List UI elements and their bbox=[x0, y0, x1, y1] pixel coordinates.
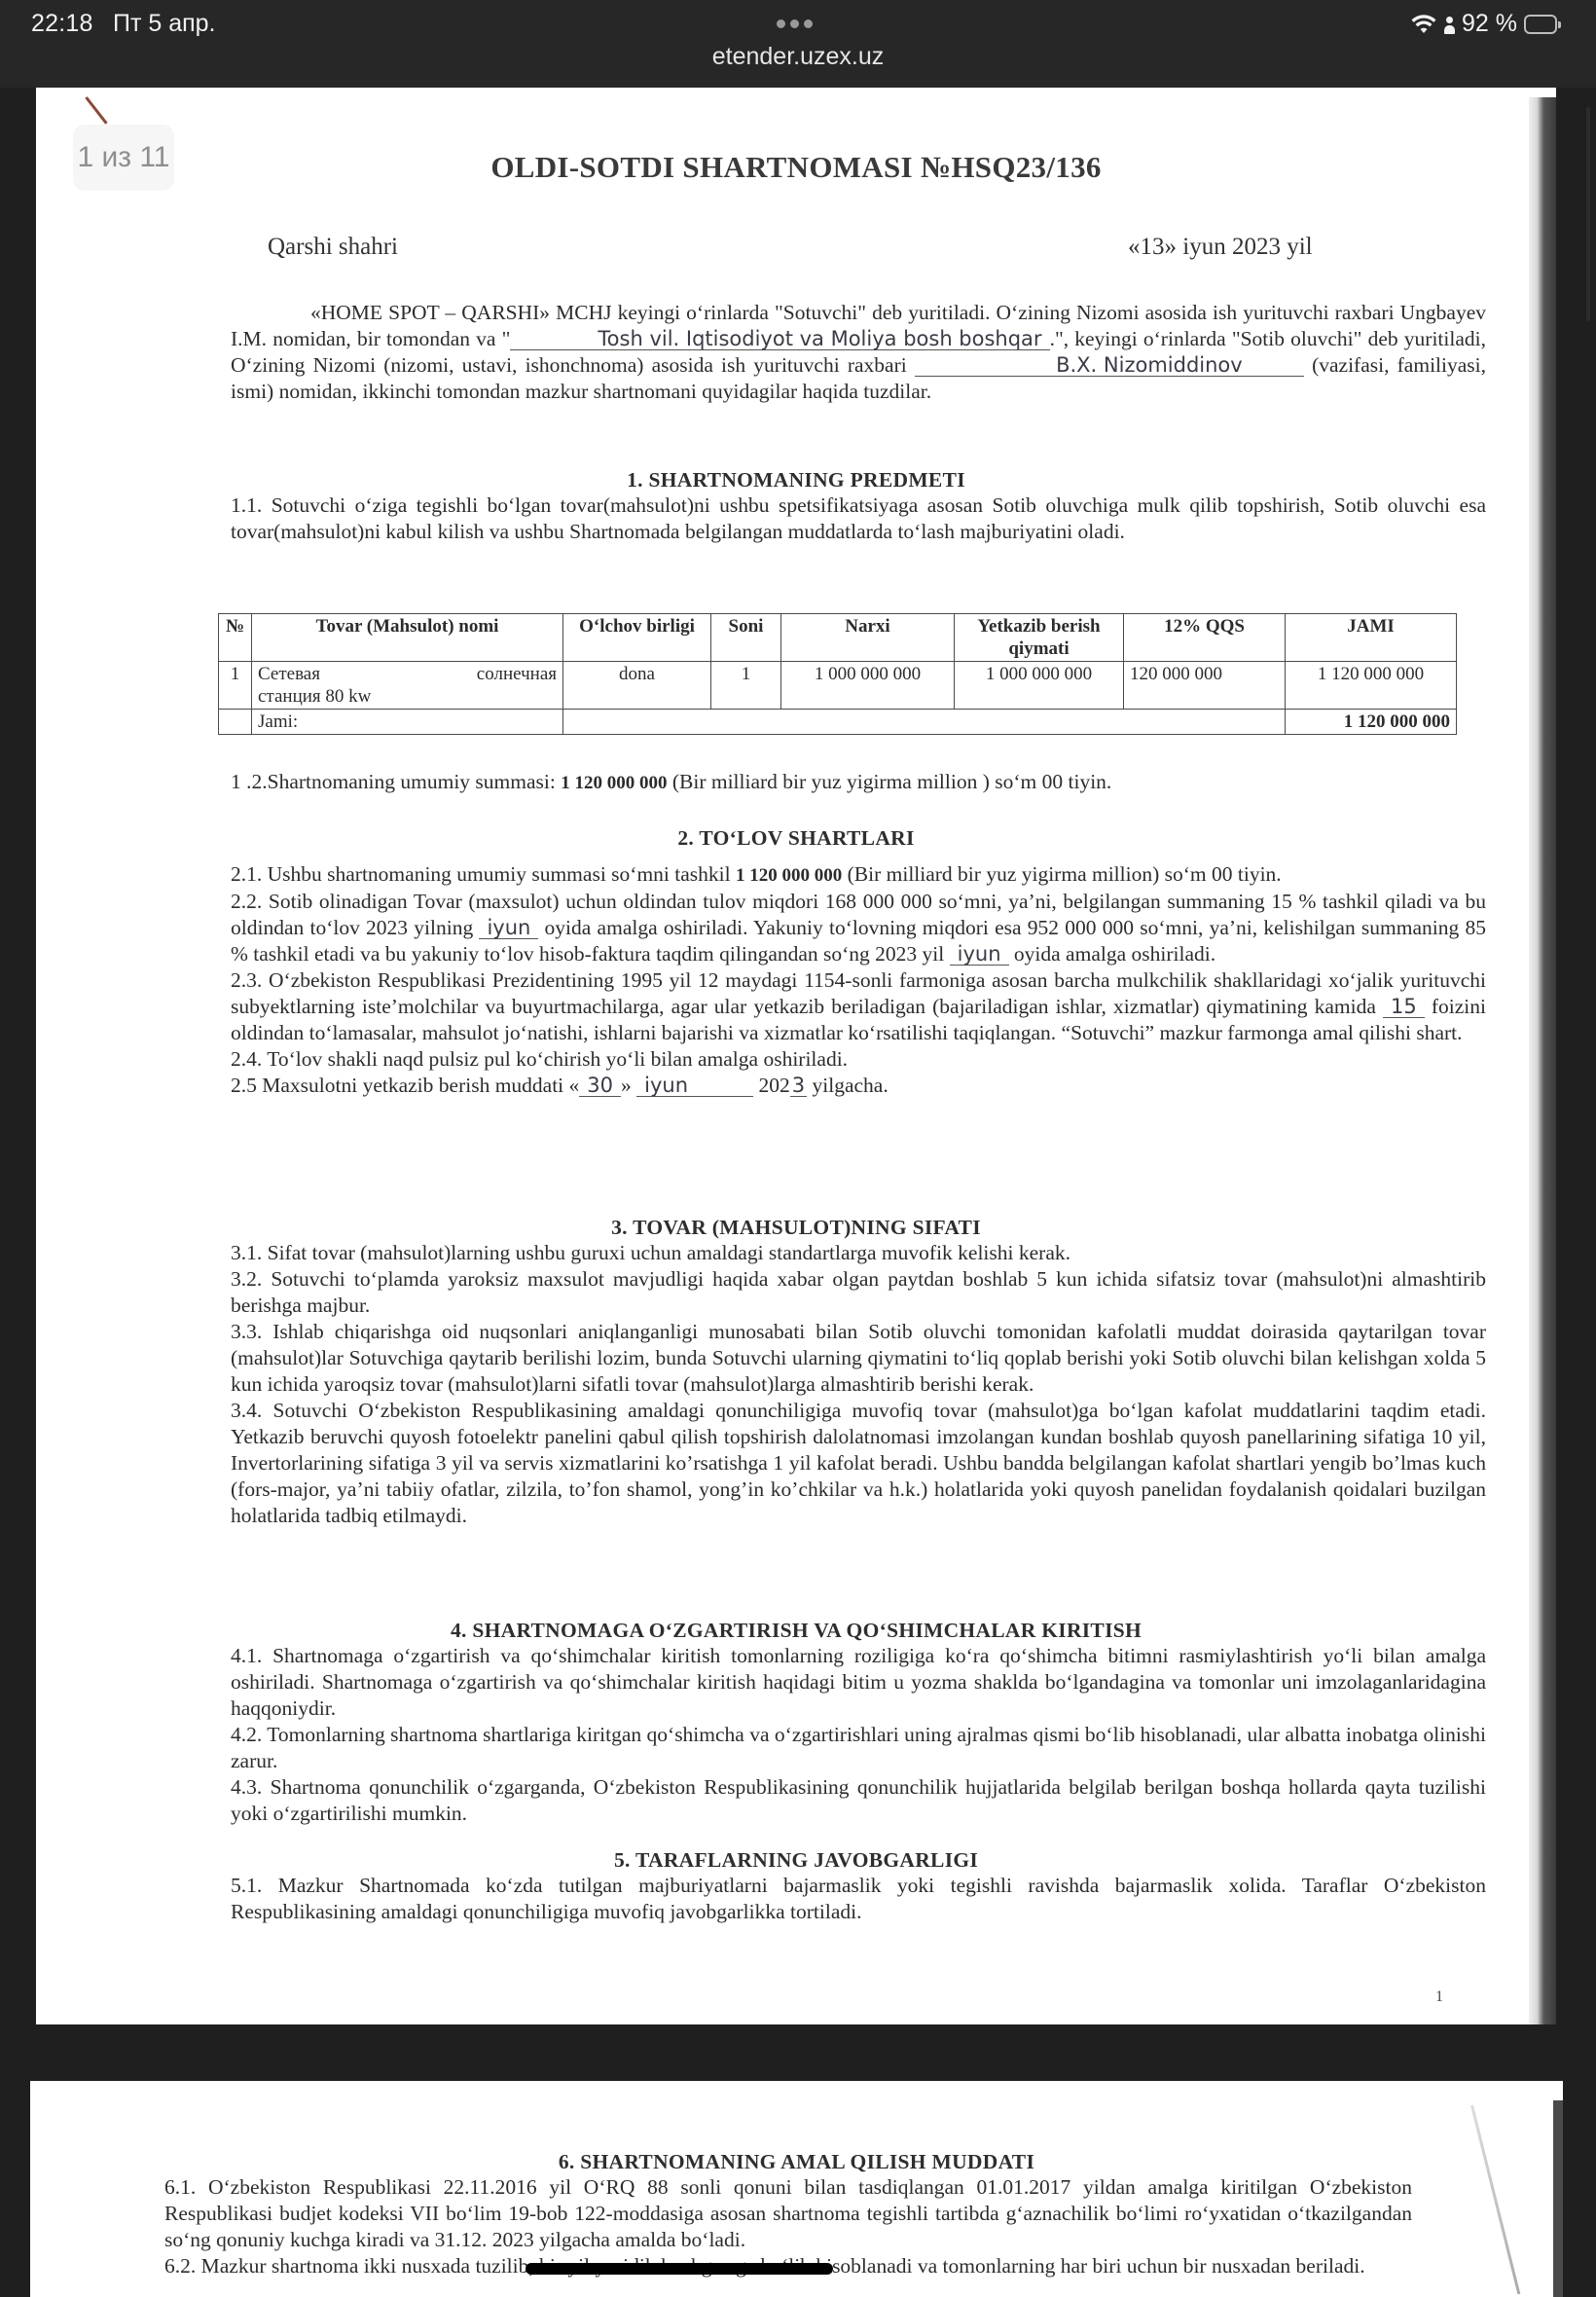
clause-4-3: 4.3. Shartnoma qonunchilik o‘zgarganda, … bbox=[231, 1774, 1486, 1827]
handwritten-percent: 15 bbox=[1383, 996, 1425, 1018]
battery-percent: 92 % bbox=[1462, 10, 1517, 38]
contract-sum: 1 120 000 000 bbox=[736, 865, 842, 886]
preamble: «HOME SPOT – QARSHI» MCHJ keyingi o‘rinl… bbox=[231, 300, 1486, 405]
section-6-heading: 6. SHARTNOMANING AMAL QILISH MUDDATI bbox=[30, 2149, 1563, 2175]
col-header-number: № bbox=[219, 614, 252, 662]
handwritten-year-digit: 3 bbox=[790, 1075, 807, 1097]
handwritten-month: iyun bbox=[636, 1075, 753, 1097]
col-header-price: Narxi bbox=[781, 614, 955, 662]
clause-6-1: 6.1. O‘zbekiston Respublikasi 22.11.2016… bbox=[164, 2174, 1412, 2253]
cell-delivery-value: 1 000 000 000 bbox=[955, 662, 1124, 710]
section-3-body: 3.1. Sifat tovar (mahsulot)larning ushbu… bbox=[231, 1240, 1486, 1529]
clause-4-1: 4.1. Shartnomaga o‘zgartirish va qo‘shim… bbox=[231, 1643, 1486, 1722]
handwritten-month: iyun bbox=[950, 943, 1009, 966]
battery-icon bbox=[1524, 15, 1557, 34]
section-2-body: 2.1. Ushbu shartnomaning umumiy summasi … bbox=[231, 861, 1486, 1099]
col-header-quantity: Soni bbox=[711, 614, 781, 662]
clause-text: 2.3. O‘zbekiston Respublikasi Prezidenti… bbox=[231, 968, 1486, 1018]
contract-title: OLDI-SOTDI SHARTNOMASI №HSQ23/136 bbox=[36, 154, 1556, 180]
cell-price: 1 000 000 000 bbox=[781, 662, 955, 710]
wifi-icon bbox=[1411, 14, 1436, 35]
home-indicator[interactable] bbox=[526, 2263, 833, 2275]
clock: 22:18 bbox=[31, 10, 93, 38]
handwritten-day: 30 bbox=[579, 1075, 621, 1097]
contract-city: Qarshi shahri bbox=[268, 234, 398, 260]
col-header-unit: O‘lchov birligi bbox=[563, 614, 711, 662]
handwritten-month: iyun bbox=[479, 917, 538, 939]
director-name-handwritten: B.X. Nizomiddinov bbox=[915, 354, 1304, 377]
specification-table: № Tovar (Mahsulot) nomi O‘lchov birligi … bbox=[218, 613, 1457, 735]
contract-sum: 1 120 000 000 bbox=[561, 773, 667, 793]
col-header-product-name: Tovar (Mahsulot) nomi bbox=[252, 614, 563, 662]
clause-3-1: 3.1. Sifat tovar (mahsulot)larning ushbu… bbox=[231, 1240, 1486, 1266]
page-counter: 1 из 11 bbox=[73, 125, 174, 191]
cell-vat: 120 000 000 bbox=[1124, 662, 1286, 710]
cell-footer-total: 1 120 000 000 bbox=[1286, 710, 1457, 735]
cell-unit: dona bbox=[563, 662, 711, 710]
col-header-vat: 12% QQS bbox=[1124, 614, 1286, 662]
cell-empty-span bbox=[563, 710, 1286, 735]
address-url[interactable]: etender.uzex.uz bbox=[0, 43, 1596, 71]
section-4-body: 4.1. Shartnomaga o‘zgartirish va qo‘shim… bbox=[231, 1643, 1486, 1827]
clause-2-5: 2.5 Maxsulotni yetkazib berish muddati «… bbox=[231, 1073, 1486, 1099]
table-header-row: № Tovar (Mahsulot) nomi O‘lchov birligi … bbox=[219, 614, 1457, 662]
col-header-total: JAMI bbox=[1286, 614, 1457, 662]
clause-text: 202 bbox=[753, 1074, 790, 1097]
col-header-delivery-value: Yetkazib berish qiymati bbox=[955, 614, 1124, 662]
status-bar: 22:18 Пт 5 апр. 92 % etender.uzex.uz bbox=[0, 0, 1596, 88]
buyer-name-handwritten: Tosh vil. Iqtisodiyot va Moliya bosh bos… bbox=[510, 328, 1049, 350]
clause-3-2: 3.2. Sotuvchi to‘plamda yaroksiz maxsulo… bbox=[231, 1266, 1486, 1319]
section-2-heading: 2. TO‘LOV SHARTLARI bbox=[36, 825, 1556, 852]
product-name-part: солнечная bbox=[477, 663, 557, 685]
multitasking-dots-icon[interactable] bbox=[777, 19, 813, 28]
clause-2-4: 2.4. To‘lov shakli naqd pulsiz pul ko‘ch… bbox=[231, 1046, 1486, 1073]
clause-5-1: 5.1. Mazkur Shartnomada ko‘zda tutilgan … bbox=[231, 1873, 1486, 1925]
clause-2-3: 2.3. O‘zbekiston Respublikasi Prezidenti… bbox=[231, 967, 1486, 1046]
page-number: 1 bbox=[1435, 1984, 1443, 2010]
clause-2-1: 2.1. Ushbu shartnomaning umumiy summasi … bbox=[231, 861, 1486, 889]
clause-3-4: 3.4. Sotuvchi O‘zbekiston Respublikasini… bbox=[231, 1398, 1486, 1529]
document-page-1: OLDI-SOTDI SHARTNOMASI №HSQ23/136 Qarshi… bbox=[36, 88, 1556, 2024]
document-content: OLDI-SOTDI SHARTNOMASI №HSQ23/136 Qarshi… bbox=[36, 88, 1556, 2024]
section-3-heading: 3. TOVAR (MAHSULOT)NING SIFATI bbox=[36, 1215, 1556, 1241]
cell-quantity: 1 bbox=[711, 662, 781, 710]
table-row: 1 Сетеваясолнечная станция 80 kw dona 1 … bbox=[219, 662, 1457, 710]
section-5-heading: 5. TARAFLARNING JAVOBGARLIGI bbox=[36, 1847, 1556, 1874]
product-name-part: Сетевая bbox=[258, 663, 320, 685]
status-date: Пт 5 апр. bbox=[113, 10, 216, 38]
product-name-part: станция 80 kw bbox=[258, 685, 557, 708]
cell-product-name: Сетеваясолнечная станция 80 kw bbox=[252, 662, 563, 710]
clause-1-2: 1 .2.Shartnomaning umumiy summasi: 1 120… bbox=[231, 769, 1486, 796]
clause-1-1: 1.1. Sotuvchi o‘ziga tegishli bo‘lgan to… bbox=[231, 492, 1486, 545]
cell-empty bbox=[219, 710, 252, 735]
table-footer-row: Jami: 1 120 000 000 bbox=[219, 710, 1457, 735]
contract-date: «13» iyun 2023 yil bbox=[1128, 234, 1313, 260]
clause-text: 2.5 Maxsulotni yetkazib berish muddati « bbox=[231, 1074, 579, 1097]
clause-text: yilgacha. bbox=[807, 1074, 889, 1097]
clause-4-2: 4.2. Tomonlarning shartnoma shartlariga … bbox=[231, 1722, 1486, 1774]
clause-text: oyida amalga oshiriladi. bbox=[1009, 942, 1216, 966]
section-4-heading: 4. SHARTNOMAGA O‘ZGARTIRISH VA QO‘SHIMCH… bbox=[36, 1618, 1556, 1644]
cell-total: 1 120 000 000 bbox=[1286, 662, 1457, 710]
cell-number: 1 bbox=[219, 662, 252, 710]
orientation-lock-person-icon bbox=[1443, 14, 1455, 35]
clause-text: (Bir milliard bir yuz yigirma million ) … bbox=[667, 770, 1111, 793]
scrollbar[interactable] bbox=[1586, 107, 1590, 321]
clause-2-2: 2.2. Sotib olinadigan Tovar (maxsulot) u… bbox=[231, 889, 1486, 967]
clause-text: 2.1. Ushbu shartnomaning umumiy summasi … bbox=[231, 862, 736, 886]
status-indicators: 92 % bbox=[1411, 10, 1557, 38]
cell-footer-label: Jami: bbox=[252, 710, 563, 735]
clause-text: (Bir milliard bir yuz yigirma million) s… bbox=[842, 862, 1281, 886]
clause-3-3: 3.3. Ishlab chiqarishga oid nuqsonlari a… bbox=[231, 1319, 1486, 1398]
clause-text: » bbox=[621, 1074, 636, 1097]
clause-text: 1 .2.Shartnomaning umumiy summasi: bbox=[231, 770, 561, 793]
section-1-heading: 1. SHARTNOMANING PREDMETI bbox=[36, 467, 1556, 493]
